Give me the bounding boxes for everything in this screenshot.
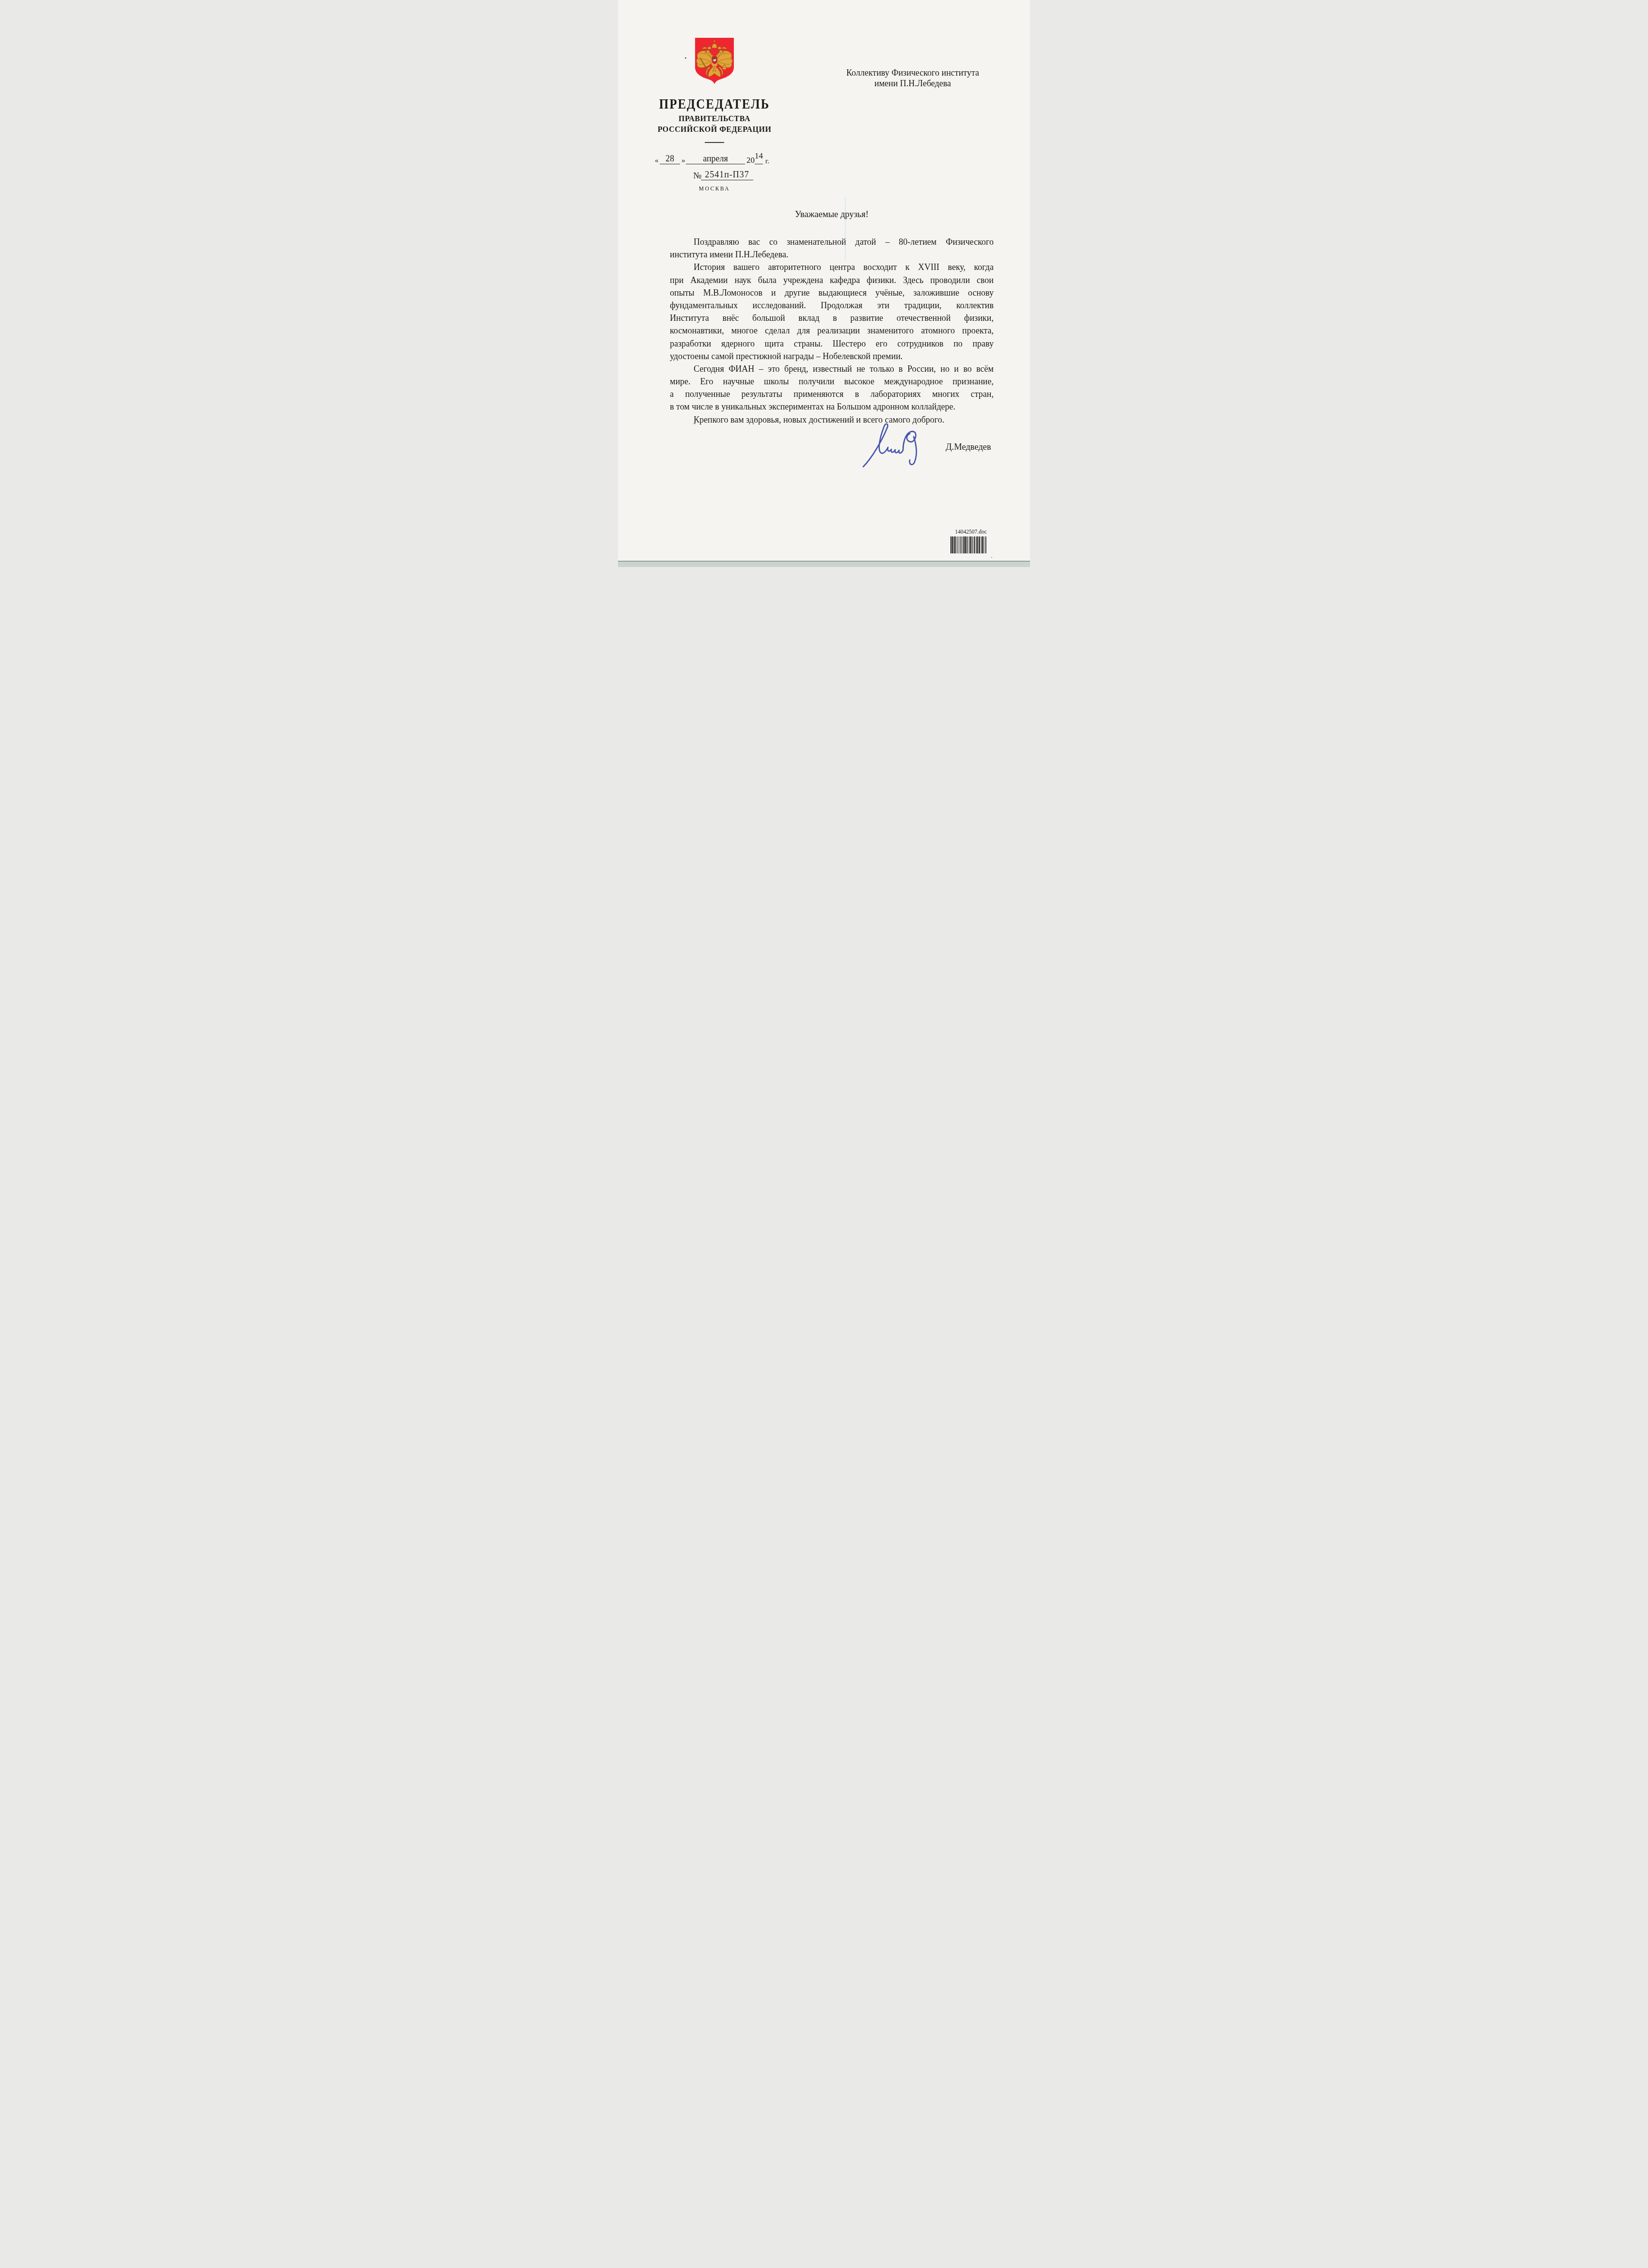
signer-name: Д.Медведев: [946, 442, 991, 453]
body-line: удостоены самой престижной награды – Ноб…: [670, 350, 994, 362]
body-line: мире. Его научные школы получили высокое…: [670, 375, 994, 388]
letterhead: ПРЕДСЕДАТЕЛЬ ПРАВИТЕЛЬСТВА РОССИЙСКОЙ ФЕ…: [637, 97, 792, 143]
salutation: Уважаемые друзья!: [670, 210, 994, 220]
body-line: Сегодня ФИАН – это бренд, известный не т…: [670, 362, 994, 375]
document-barcode-icon: [951, 536, 986, 553]
year-prefix: 20: [746, 156, 755, 165]
document-filename: 14042507.doc: [939, 529, 1002, 535]
body-line: в том числе в уникальных экспериментах н…: [670, 400, 994, 413]
russia-coat-of-arms-icon: [693, 36, 736, 84]
scan-edge-strip: [618, 561, 1030, 567]
scanner-streak: [845, 198, 846, 261]
year-suffix: 14: [755, 151, 763, 164]
body-line: а полученные результаты применяются в ла…: [670, 388, 994, 400]
body-line: разработки ядерного щита страны. Шестеро…: [670, 337, 994, 350]
body-line: Поздравляю вас со знаменательной датой –…: [670, 236, 994, 248]
signature-icon: [860, 422, 957, 469]
city-label: МОСКВА: [697, 186, 732, 192]
body-line: института имени П.Н.Лебедева.: [670, 248, 994, 261]
body-line: при Академии наук была учреждена кафедра…: [670, 274, 994, 286]
letterhead-line2: ПРАВИТЕЛЬСТВА: [637, 113, 792, 125]
letterhead-line3: РОССИЙСКОЙ ФЕДЕРАЦИИ: [637, 124, 792, 136]
ref-label: №: [693, 171, 701, 181]
ref-number: 2541п-П37: [701, 169, 753, 180]
close-quote: »: [681, 157, 685, 165]
letterhead-title: ПРЕДСЕДАТЕЛЬ: [637, 97, 792, 112]
recipient-line2: имени П.Н.Лебедева: [837, 79, 988, 89]
open-quote: «: [655, 157, 659, 165]
recipient-block: Коллективу Физического института имени П…: [837, 68, 988, 89]
date-day: 28: [660, 154, 680, 164]
year-abbr: г.: [765, 157, 769, 166]
letterhead-rule: [705, 142, 724, 143]
body-line: Института внёс большой вклад в развитие …: [670, 312, 994, 324]
date-month: апреля: [686, 154, 745, 164]
body-line: космонавтики, многое сделал для реализац…: [670, 324, 994, 337]
letter-page: ПРЕДСЕДАТЕЛЬ ПРАВИТЕЛЬСТВА РОССИЙСКОЙ ФЕ…: [618, 0, 1030, 567]
scan-speck: [685, 57, 686, 59]
scan-speck: [694, 423, 696, 424]
scan-speck: [991, 557, 992, 558]
body-line: История вашего авторитетного центра восх…: [670, 261, 994, 273]
body-line: опыты М.В.Ломоносов и другие выдающиеся …: [670, 286, 994, 299]
body-lines: Поздравляю вас со знаменательной датой –…: [670, 236, 994, 426]
body-line: фундаментальных исследований. Продолжая …: [670, 299, 994, 312]
recipient-line1: Коллективу Физического института: [837, 68, 988, 79]
